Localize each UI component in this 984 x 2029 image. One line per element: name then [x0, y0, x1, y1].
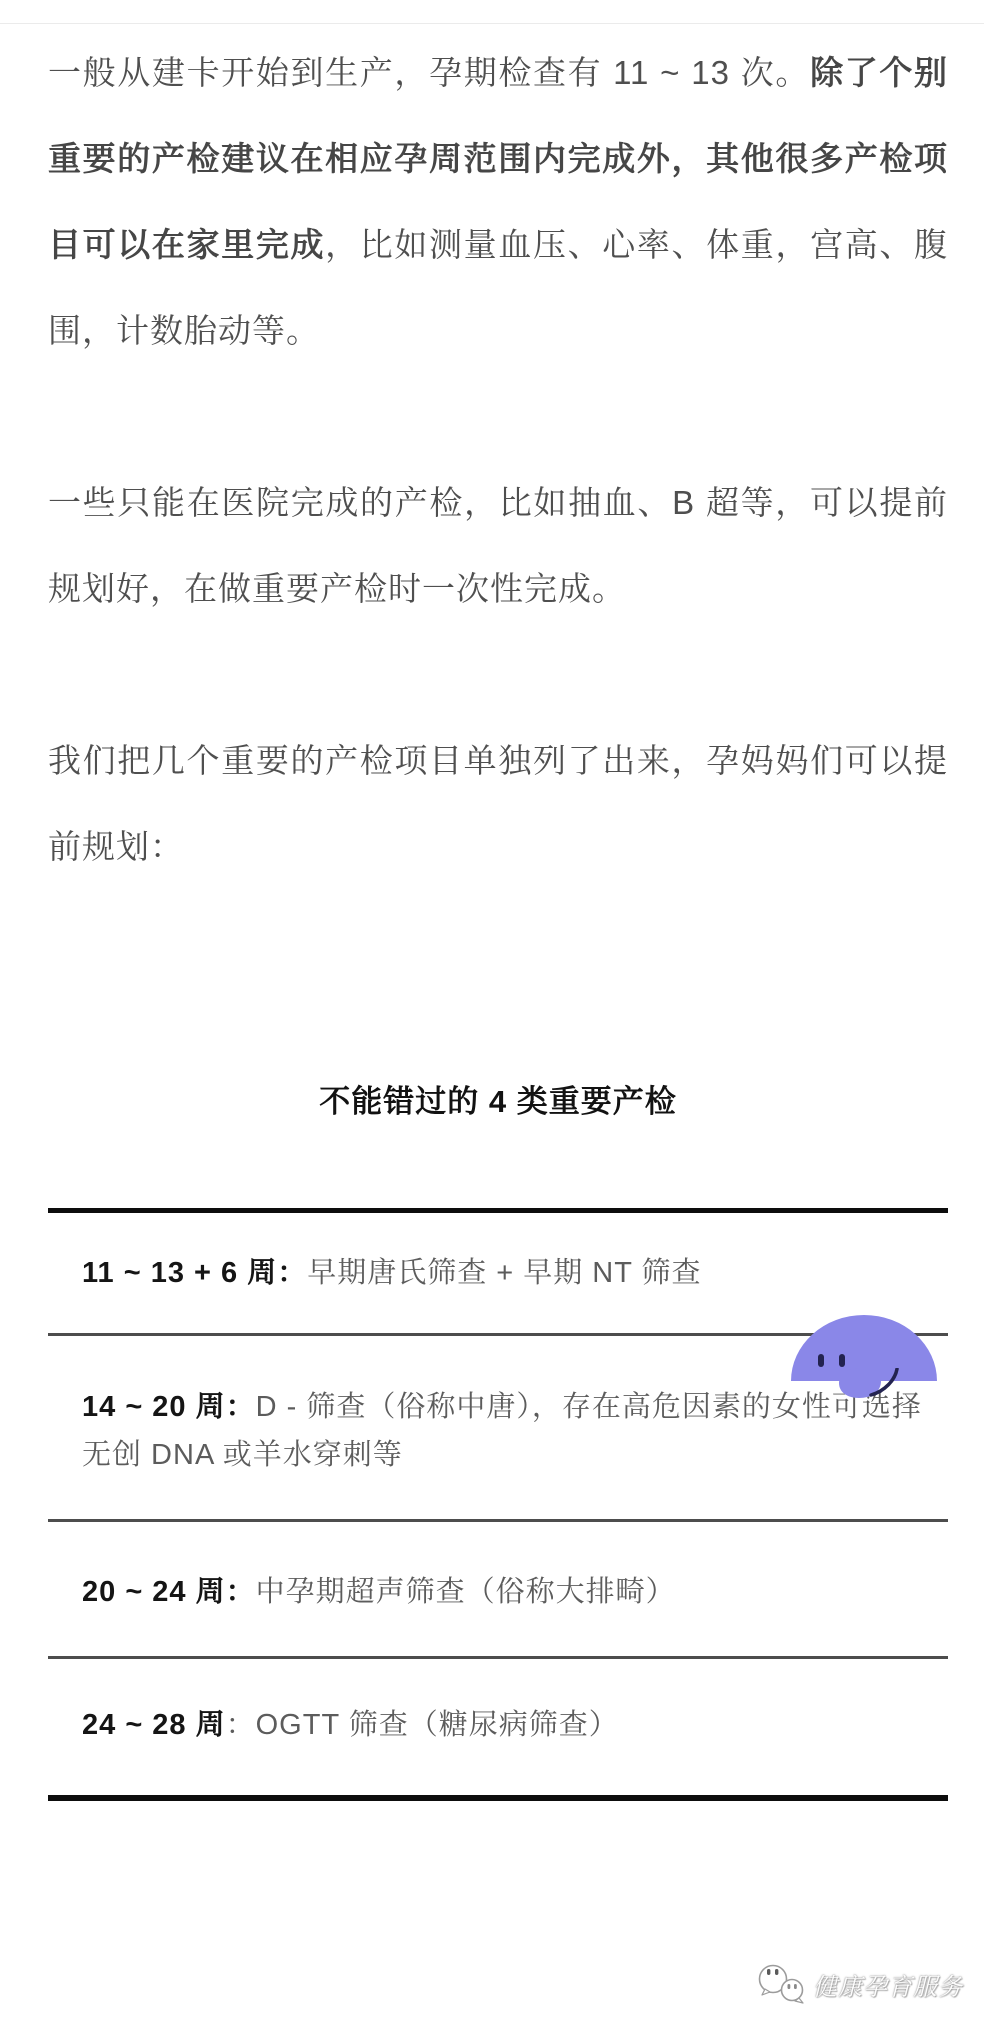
watermark-text: 健康孕育服务 [813, 1967, 963, 2002]
table-bottom-rule [48, 1795, 948, 1801]
brand-watermark: 健康孕育服务 [756, 1962, 963, 2006]
table-title: 不能错过的 4 类重要产检 [48, 1082, 948, 1122]
mascot-hand-icon [835, 1368, 925, 1408]
top-divider [0, 23, 984, 24]
chat-bubbles-face-icon [756, 1962, 808, 2006]
paragraph-1-text: 一般从建卡开始到生产，孕期检查有 11 ~ 13 次。 [48, 54, 810, 91]
mascot-eye-right-icon [839, 1354, 845, 1367]
checkup-description: 中孕期超声筛查（俗称大排畸） [256, 1576, 676, 1608]
week-range-label: 14 ~ 20 周： [82, 1391, 256, 1423]
paragraph-3: 我们把几个重要的产检项目单独列了出来，孕妈妈们可以提前规划： [48, 718, 948, 890]
checkup-description: ：OGTT 筛查（糖尿病筛查） [226, 1709, 619, 1741]
checkup-description: 早期唐氏筛查 + 早期 NT 筛查 [307, 1257, 701, 1289]
mascot-eye-left-icon [818, 1354, 824, 1367]
paragraph-2: 一些只能在医院完成的产检，比如抽血、B 超等，可以提前规划好，在做重要产检时一次… [48, 460, 948, 632]
article-content: 一般从建卡开始到生产，孕期检查有 11 ~ 13 次。除了个别重要的产检建议在相… [0, 0, 984, 1801]
table-row: 20 ~ 24 周：中孕期超声筛查（俗称大排畸） [48, 1522, 948, 1659]
week-range-label: 20 ~ 24 周： [82, 1576, 256, 1608]
article-page: 一般从建卡开始到生产，孕期检查有 11 ~ 13 次。除了个别重要的产检建议在相… [0, 0, 984, 2029]
week-range-label: 24 ~ 28 周 [82, 1709, 226, 1741]
paragraph-1: 一般从建卡开始到生产，孕期检查有 11 ~ 13 次。除了个别重要的产检建议在相… [48, 30, 948, 374]
table-row: 24 ~ 28 周：OGTT 筛查（糖尿病筛查） [48, 1659, 948, 1795]
table-top-rule [48, 1208, 948, 1213]
week-range-label: 11 ~ 13 + 6 周： [82, 1257, 307, 1289]
